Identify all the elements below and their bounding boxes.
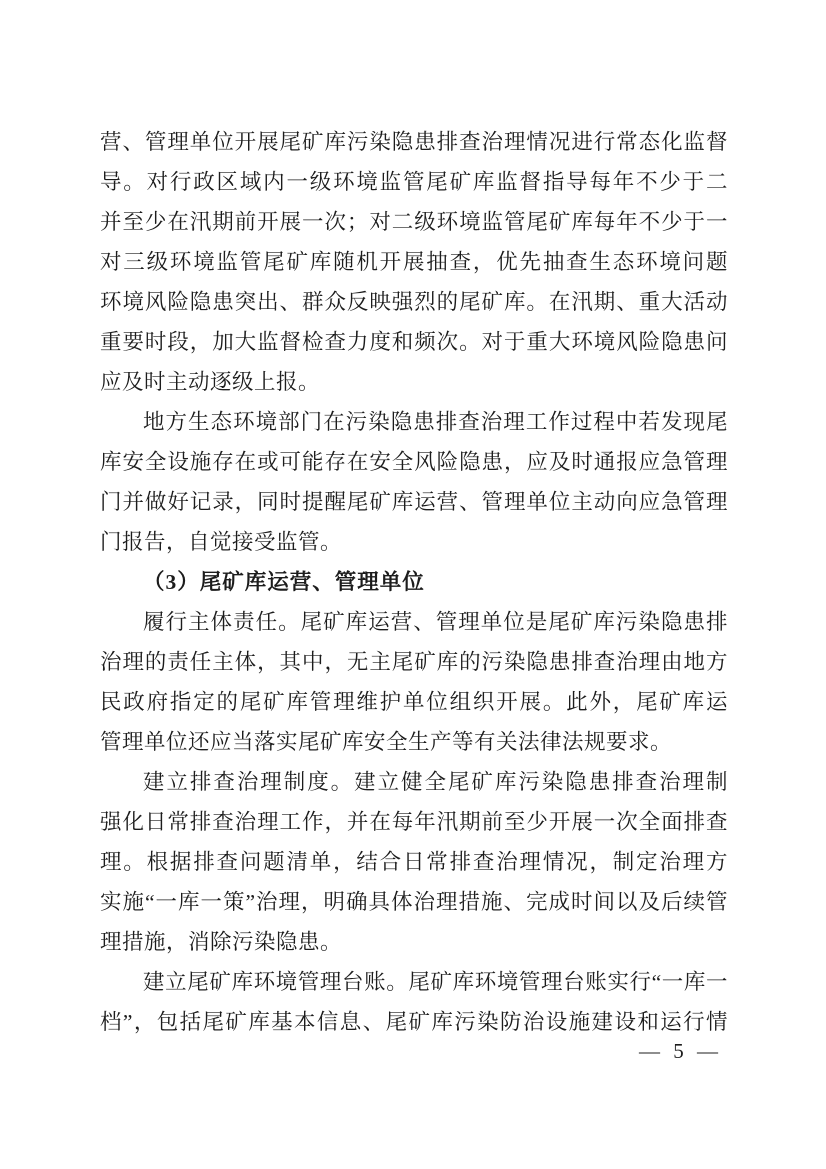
text-block: 营、管理单位开展尾矿库污染隐患排查治理情况进行常态化监督指 导。对行政区域内一级… xyxy=(100,122,728,1042)
text-line: 建立尾矿库环境管理台账。尾矿库环境管理台账实行“一库一 xyxy=(100,962,728,1002)
text-line: 强化日常排查治理工作，并在每年汛期前至少开展一次全面排查治 xyxy=(100,802,728,842)
text-line: 门报告，自觉接受监管。 xyxy=(100,522,728,562)
text-line: 重要时段，加大监督检查力度和频次。对于重大环境风险隐患问题， xyxy=(100,322,728,362)
text-line: 理措施，消除污染隐患。 xyxy=(100,922,728,962)
text-line: 履行主体责任。尾矿库运营、管理单位是尾矿库污染隐患排查 xyxy=(100,602,728,642)
text-line: 并至少在汛期前开展一次；对二级环境监管尾矿库每年不少于一次； xyxy=(100,202,728,242)
text-line: 实施“一库一策”治理，明确具体治理措施、完成时间以及后续管 xyxy=(100,882,728,922)
text-line: 对三级环境监管尾矿库随机开展抽查，优先抽查生态环境问题多、 xyxy=(100,242,728,282)
text-line: 环境风险隐患突出、群众反映强烈的尾矿库。在汛期、重大活动等 xyxy=(100,282,728,322)
text-line: 管理单位还应当落实尾矿库安全生产等有关法律法规要求。 xyxy=(100,722,728,762)
text-line: 地方生态环境部门在污染隐患排查治理工作过程中若发现尾矿 xyxy=(100,402,728,442)
page-number: — 5 — xyxy=(639,1038,722,1064)
text-line: 门并做好记录，同时提醒尾矿库运营、管理单位主动向应急管理部 xyxy=(100,482,728,522)
section-heading: （3）尾矿库运营、管理单位 xyxy=(100,562,728,602)
text-line: 民政府指定的尾矿库管理维护单位组织开展。此外，尾矿库运营、 xyxy=(100,682,728,722)
text-line: 导。对行政区域内一级环境监管尾矿库监督指导每年不少于二次， xyxy=(100,162,728,202)
text-line: 档”，包括尾矿库基本信息、尾矿库污染防治设施建设和运行情况、 xyxy=(100,1002,728,1042)
text-line: 营、管理单位开展尾矿库污染隐患排查治理情况进行常态化监督指 xyxy=(100,122,728,162)
text-line: 理。根据排查问题清单，结合日常排查治理情况，制定治理方案， xyxy=(100,842,728,882)
text-line: 治理的责任主体，其中，无主尾矿库的污染隐患排查治理由地方人 xyxy=(100,642,728,682)
text-line: 库安全设施存在或可能存在安全风险隐患，应及时通报应急管理部 xyxy=(100,442,728,482)
document-page: 营、管理单位开展尾矿库污染隐患排查治理情况进行常态化监督指 导。对行政区域内一级… xyxy=(0,0,826,1169)
text-line: 应及时主动逐级上报。 xyxy=(100,362,728,402)
text-line: 建立排查治理制度。建立健全尾矿库污染隐患排查治理制度， xyxy=(100,762,728,802)
